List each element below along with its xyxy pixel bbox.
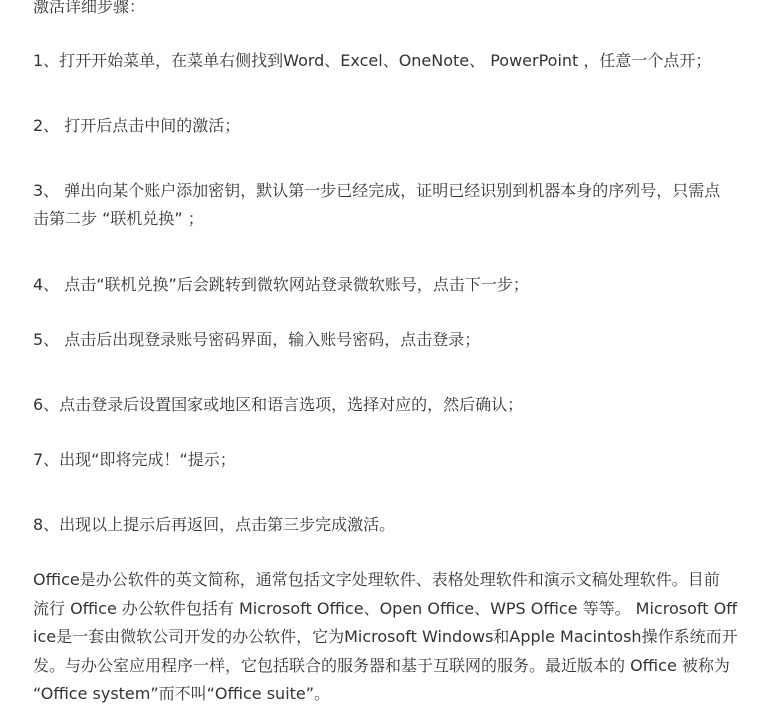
description-line: ice是一套由微软公司开发的办公软件，它为Microsoft Windows和A…	[33, 623, 733, 652]
step-5: 5、 点击后出现登录账号密码界面，输入账号密码，点击登录；	[33, 330, 480, 350]
description-line: Office是办公软件的英文简称，通常包括文字处理软件、表格处理软件和演示文稿处…	[33, 566, 733, 595]
description-line: 流行 Office 办公软件包括有 Microsoft Office、Open …	[33, 595, 733, 624]
step-8: 8、出现以上提示后再返回，点击第三步完成激活。	[33, 515, 395, 535]
step-6: 6、点击登录后设置国家或地区和语言选项，选择对应的，然后确认；	[33, 395, 523, 415]
step-7: 7、出现“即将完成！“提示；	[33, 450, 236, 470]
step-3-line-1: 3、 弹出向某个账户添加密钥，默认第一步已经完成，证明已经识别到机器本身的序列号…	[33, 181, 720, 201]
description-line: “Office system”而不叫“Office suite”。	[33, 680, 733, 709]
step-2: 2、 打开后点击中间的激活；	[33, 116, 240, 136]
office-description: Office是办公软件的英文简称，通常包括文字处理软件、表格处理软件和演示文稿处…	[33, 566, 733, 709]
section-heading: 激活详细步骤：	[33, 0, 145, 17]
step-1: 1、打开开始菜单，在菜单右侧找到Word、Excel、OneNote、 Powe…	[33, 51, 711, 71]
step-3-line-2: 击第二步 “联机兑换” ；	[33, 209, 204, 229]
description-line: 发。与办公室应用程序一样，它包括联合的服务器和基于互联网的服务。最近版本的 Of…	[33, 652, 733, 681]
step-4: 4、 点击“联机兑换”后会跳转到微软网站登录微软账号，点击下一步；	[33, 275, 529, 295]
